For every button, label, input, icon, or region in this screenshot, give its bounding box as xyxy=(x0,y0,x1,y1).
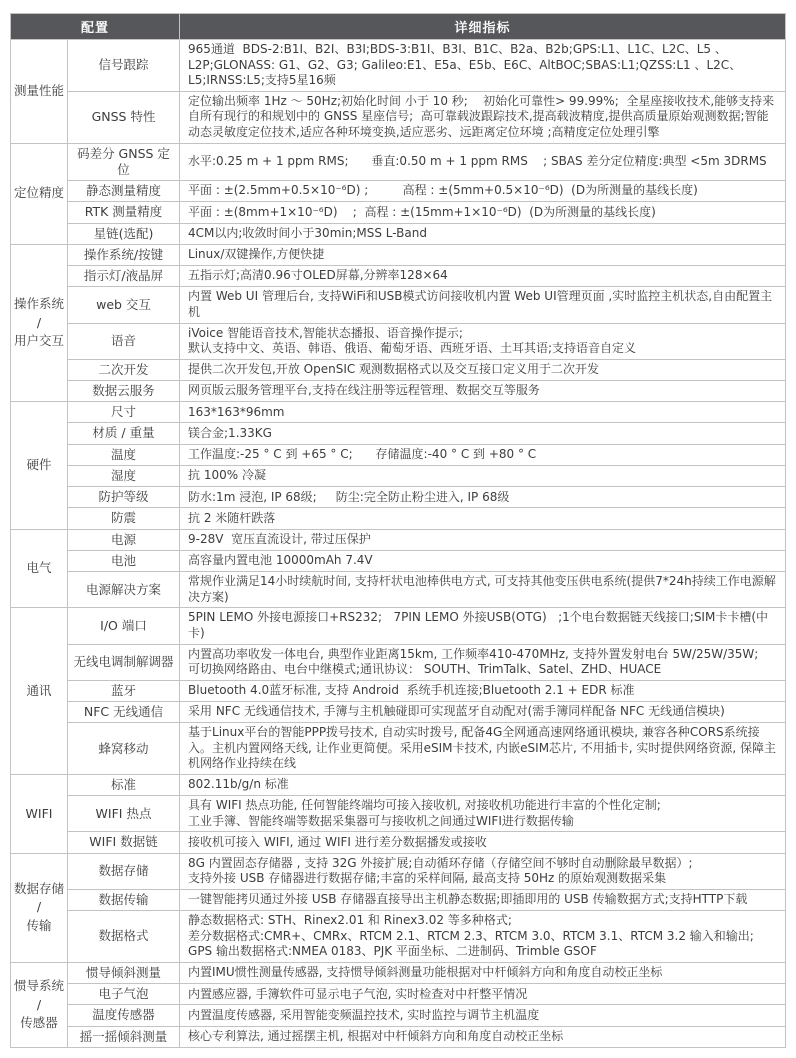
spec-label-cell: 电源解决方案 xyxy=(68,572,180,608)
spec-label-cell: 防护等级 xyxy=(68,487,180,508)
spec-label-cell: 信号跟踪 xyxy=(68,40,180,92)
spec-label-cell: 无线电调制解调器 xyxy=(68,644,180,680)
spec-detail-cell: 965通道 BDS-2:B1I、B2I、B3I;BDS-3:B1I、B3I、B1… xyxy=(180,40,786,92)
spec-table-body: 测量性能信号跟踪965通道 BDS-2:B1I、B2I、B3I;BDS-3:B1… xyxy=(11,40,786,1048)
spec-detail-cell: 内置高功率收发一体电台, 典型作业距离15km, 工作频率410-470MHz,… xyxy=(180,644,786,680)
spec-row: 蜂窝移动基于Linux平台的智能PPP拨号技术, 自动实时拨号, 配备4G全网通… xyxy=(11,723,786,775)
spec-row: WIFI 热点具有 WIFI 热点功能, 任何智能终端均可接入接收机, 对接收机… xyxy=(11,796,786,832)
spec-row: 操作系统 / 用户交互操作系统/按键Linux/双键操作,方便快捷 xyxy=(11,244,786,265)
group-cell: 数据存储 / 传输 xyxy=(11,853,68,962)
spec-label-cell: 数据格式 xyxy=(68,911,180,963)
spec-detail-cell: 一键智能拷贝通过外接 USB 存储器直接导出主机静态数据;即插即用的 USB 传… xyxy=(180,889,786,910)
spec-row: 温度工作温度:-25 ° C 到 +65 ° C; 存储温度:-40 ° C 到… xyxy=(11,444,786,465)
spec-row: 温度传感器内置温度传感器, 采用智能变频温控技术, 实时监控与调节主机温度 xyxy=(11,1005,786,1026)
group-cell: 硬件 xyxy=(11,402,68,530)
spec-sheet: 配置 详细指标 测量性能信号跟踪965通道 BDS-2:B1I、B2I、B3I;… xyxy=(0,0,796,1058)
spec-row: WIFI 数据链接收机可接入 WIFI, 通过 WIFI 进行差分数据播发或接收 xyxy=(11,832,786,853)
column-header-detail: 详细指标 xyxy=(180,14,786,40)
group-cell: 惯导系统 / 传感器 xyxy=(11,962,68,1047)
spec-label-cell: 蓝牙 xyxy=(68,680,180,701)
spec-row: 材质 / 重量镁合金;1.33KG xyxy=(11,423,786,444)
spec-label-cell: 摇一摇倾斜测量 xyxy=(68,1026,180,1047)
spec-label-cell: 码差分 GNSS 定位 xyxy=(68,143,180,181)
spec-detail-cell: 静态数据格式: STH、Rinex2.01 和 Rinex3.02 等多种格式;… xyxy=(180,911,786,963)
spec-row: 指示灯/液晶屏五指示灯;高清0.96寸OLED屏幕,分辨率128×64 xyxy=(11,266,786,287)
spec-detail-cell: 水平:0.25 m + 1 ppm RMS; 垂直:0.50 m + 1 ppm… xyxy=(180,143,786,181)
spec-label-cell: 静态测量精度 xyxy=(68,181,180,202)
spec-detail-cell: 定位输出频率 1Hz ～ 50Hz;初始化时间 小于 10 秒; 初始化可靠性>… xyxy=(180,91,786,143)
spec-row: 湿度抗 100% 冷凝 xyxy=(11,465,786,486)
spec-detail-cell: 工作温度:-25 ° C 到 +65 ° C; 存储温度:-40 ° C 到 +… xyxy=(180,444,786,465)
spec-label-cell: 尺寸 xyxy=(68,402,180,423)
spec-table: 配置 详细指标 测量性能信号跟踪965通道 BDS-2:B1I、B2I、B3I;… xyxy=(10,13,786,1048)
spec-label-cell: RTK 测量精度 xyxy=(68,202,180,223)
spec-row: 测量性能信号跟踪965通道 BDS-2:B1I、B2I、B3I;BDS-3:B1… xyxy=(11,40,786,92)
spec-row: 星链(选配)4CM以内;收敛时间小于30min;MSS L-Band xyxy=(11,223,786,244)
spec-detail-cell: 防水:1m 浸泡, IP 68级; 防尘:完全防止粉尘进入, IP 68级 xyxy=(180,487,786,508)
spec-label-cell: 标准 xyxy=(68,775,180,796)
group-cell: 测量性能 xyxy=(11,40,68,144)
spec-detail-cell: iVoice 智能语音技术,智能状态播报、语音操作提示; 默认支持中文、英语、韩… xyxy=(180,323,786,359)
spec-row: 数据云服务网页版云服务管理平台,支持在线注册等远程管理、数据交互等服务 xyxy=(11,380,786,401)
group-cell: 通讯 xyxy=(11,608,68,775)
spec-detail-cell: 内置 Web UI 管理后台, 支持WiFi和USB模式访问接收机内置 Web … xyxy=(180,287,786,323)
spec-detail-cell: 采用 NFC 无线通信技术, 手簿与主机触碰即可实现蓝牙自动配对(需手簿同样配备… xyxy=(180,702,786,723)
spec-label-cell: 惯导倾斜测量 xyxy=(68,962,180,983)
spec-row: 摇一摇倾斜测量核心专利算法, 通过摇摆主机, 根据对中杆倾斜方向和角度自动校正坐… xyxy=(11,1026,786,1047)
spec-row: 硬件尺寸163*163*96mm xyxy=(11,402,786,423)
spec-row: 电子气泡内置感应器, 手簿软件可显示电子气泡, 实时检查对中杆整平情况 xyxy=(11,984,786,1005)
spec-detail-cell: 五指示灯;高清0.96寸OLED屏幕,分辨率128×64 xyxy=(180,266,786,287)
spec-row: WIFI标准802.11b/g/n 标准 xyxy=(11,775,786,796)
spec-label-cell: 湿度 xyxy=(68,465,180,486)
group-cell: 电气 xyxy=(11,529,68,608)
spec-row: NFC 无线通信采用 NFC 无线通信技术, 手簿与主机触碰即可实现蓝牙自动配对… xyxy=(11,702,786,723)
spec-detail-cell: 平面 : ±(8mm+1×10⁻⁶D) ; 高程 : ±(15mm+1×10⁻⁶… xyxy=(180,202,786,223)
group-cell: 操作系统 / 用户交互 xyxy=(11,244,68,401)
spec-label-cell: 电子气泡 xyxy=(68,984,180,1005)
spec-label-cell: 语音 xyxy=(68,323,180,359)
spec-detail-cell: Bluetooth 4.0蓝牙标准, 支持 Android 系统手机连接;Blu… xyxy=(180,680,786,701)
spec-row: 数据格式静态数据格式: STH、Rinex2.01 和 Rinex3.02 等多… xyxy=(11,911,786,963)
spec-row: 防震抗 2 米随杆跌落 xyxy=(11,508,786,529)
spec-label-cell: web 交互 xyxy=(68,287,180,323)
spec-row: 静态测量精度平面 : ±(2.5mm+0.5×10⁻⁶D) ; 高程 : ±(5… xyxy=(11,181,786,202)
spec-row: 定位精度码差分 GNSS 定位水平:0.25 m + 1 ppm RMS; 垂直… xyxy=(11,143,786,181)
spec-detail-cell: 核心专利算法, 通过摇摆主机, 根据对中杆倾斜方向和角度自动校正坐标 xyxy=(180,1026,786,1047)
spec-detail-cell: 常规作业满足14小时续航时间, 支持杆状电池棒供电方式, 可支持其他变压供电系统… xyxy=(180,572,786,608)
column-header-config: 配置 xyxy=(11,14,180,40)
spec-row: GNSS 特性定位输出频率 1Hz ～ 50Hz;初始化时间 小于 10 秒; … xyxy=(11,91,786,143)
spec-detail-cell: 基于Linux平台的智能PPP拨号技术, 自动实时拨号, 配备4G全网通高速网络… xyxy=(180,723,786,775)
spec-detail-cell: 抗 100% 冷凝 xyxy=(180,465,786,486)
spec-label-cell: 操作系统/按键 xyxy=(68,244,180,265)
spec-detail-cell: 抗 2 米随杆跌落 xyxy=(180,508,786,529)
spec-row: RTK 测量精度平面 : ±(8mm+1×10⁻⁶D) ; 高程 : ±(15m… xyxy=(11,202,786,223)
spec-row: 二次开发提供二次开发包,开放 OpenSIC 观测数据格式以及交互接口定义用于二… xyxy=(11,359,786,380)
spec-detail-cell: 平面 : ±(2.5mm+0.5×10⁻⁶D) ; 高程 : ±(5mm+0.5… xyxy=(180,181,786,202)
spec-label-cell: I/O 端口 xyxy=(68,608,180,644)
spec-row: 数据存储 / 传输数据存储8G 内置固态存储器 , 支持 32G 外接扩展;自动… xyxy=(11,853,786,889)
spec-table-header: 配置 详细指标 xyxy=(11,14,786,40)
spec-detail-cell: 内置温度传感器, 采用智能变频温控技术, 实时监控与调节主机温度 xyxy=(180,1005,786,1026)
spec-label-cell: 蜂窝移动 xyxy=(68,723,180,775)
spec-row: 无线电调制解调器内置高功率收发一体电台, 典型作业距离15km, 工作频率410… xyxy=(11,644,786,680)
spec-label-cell: GNSS 特性 xyxy=(68,91,180,143)
spec-label-cell: 数据传输 xyxy=(68,889,180,910)
spec-label-cell: 电池 xyxy=(68,550,180,571)
spec-label-cell: 防震 xyxy=(68,508,180,529)
spec-row: 蓝牙Bluetooth 4.0蓝牙标准, 支持 Android 系统手机连接;B… xyxy=(11,680,786,701)
spec-label-cell: 二次开发 xyxy=(68,359,180,380)
spec-label-cell: 温度传感器 xyxy=(68,1005,180,1026)
spec-detail-cell: 163*163*96mm xyxy=(180,402,786,423)
spec-label-cell: WIFI 热点 xyxy=(68,796,180,832)
spec-detail-cell: 5PIN LEMO 外接电源接口+RS232; 7PIN LEMO 外接USB(… xyxy=(180,608,786,644)
spec-label-cell: 数据云服务 xyxy=(68,380,180,401)
spec-row: 数据传输一键智能拷贝通过外接 USB 存储器直接导出主机静态数据;即插即用的 U… xyxy=(11,889,786,910)
spec-detail-cell: 镁合金;1.33KG xyxy=(180,423,786,444)
spec-row: 防护等级防水:1m 浸泡, IP 68级; 防尘:完全防止粉尘进入, IP 68… xyxy=(11,487,786,508)
spec-label-cell: 指示灯/液晶屏 xyxy=(68,266,180,287)
spec-label-cell: NFC 无线通信 xyxy=(68,702,180,723)
spec-label-cell: 材质 / 重量 xyxy=(68,423,180,444)
spec-label-cell: WIFI 数据链 xyxy=(68,832,180,853)
header-row: 配置 详细指标 xyxy=(11,14,786,40)
spec-row: web 交互内置 Web UI 管理后台, 支持WiFi和USB模式访问接收机内… xyxy=(11,287,786,323)
spec-detail-cell: 提供二次开发包,开放 OpenSIC 观测数据格式以及交互接口定义用于二次开发 xyxy=(180,359,786,380)
spec-detail-cell: 8G 内置固态存储器 , 支持 32G 外接扩展;自动循环存储（存储空间不够时自… xyxy=(180,853,786,889)
group-cell: WIFI xyxy=(11,775,68,854)
spec-row: 电池高容量内置电池 10000mAh 7.4V xyxy=(11,550,786,571)
spec-label-cell: 电源 xyxy=(68,529,180,550)
spec-detail-cell: 网页版云服务管理平台,支持在线注册等远程管理、数据交互等服务 xyxy=(180,380,786,401)
group-cell: 定位精度 xyxy=(11,143,68,244)
spec-label-cell: 温度 xyxy=(68,444,180,465)
spec-label-cell: 数据存储 xyxy=(68,853,180,889)
spec-detail-cell: 内置IMU惯性测量传感器, 支持惯导倾斜测量功能根据对中杆倾斜方向和角度自动校正… xyxy=(180,962,786,983)
spec-row: 通讯I/O 端口5PIN LEMO 外接电源接口+RS232; 7PIN LEM… xyxy=(11,608,786,644)
spec-detail-cell: 接收机可接入 WIFI, 通过 WIFI 进行差分数据播发或接收 xyxy=(180,832,786,853)
spec-row: 惯导系统 / 传感器惯导倾斜测量内置IMU惯性测量传感器, 支持惯导倾斜测量功能… xyxy=(11,962,786,983)
spec-row: 电源解决方案常规作业满足14小时续航时间, 支持杆状电池棒供电方式, 可支持其他… xyxy=(11,572,786,608)
spec-detail-cell: 高容量内置电池 10000mAh 7.4V xyxy=(180,550,786,571)
spec-row: 电气电源9-28V 宽压直流设计, 带过压保护 xyxy=(11,529,786,550)
spec-detail-cell: Linux/双键操作,方便快捷 xyxy=(180,244,786,265)
spec-detail-cell: 内置感应器, 手簿软件可显示电子气泡, 实时检查对中杆整平情况 xyxy=(180,984,786,1005)
spec-row: 语音iVoice 智能语音技术,智能状态播报、语音操作提示; 默认支持中文、英语… xyxy=(11,323,786,359)
spec-label-cell: 星链(选配) xyxy=(68,223,180,244)
spec-detail-cell: 4CM以内;收敛时间小于30min;MSS L-Band xyxy=(180,223,786,244)
spec-detail-cell: 9-28V 宽压直流设计, 带过压保护 xyxy=(180,529,786,550)
spec-detail-cell: 具有 WIFI 热点功能, 任何智能终端均可接入接收机, 对接收机功能进行丰富的… xyxy=(180,796,786,832)
spec-detail-cell: 802.11b/g/n 标准 xyxy=(180,775,786,796)
